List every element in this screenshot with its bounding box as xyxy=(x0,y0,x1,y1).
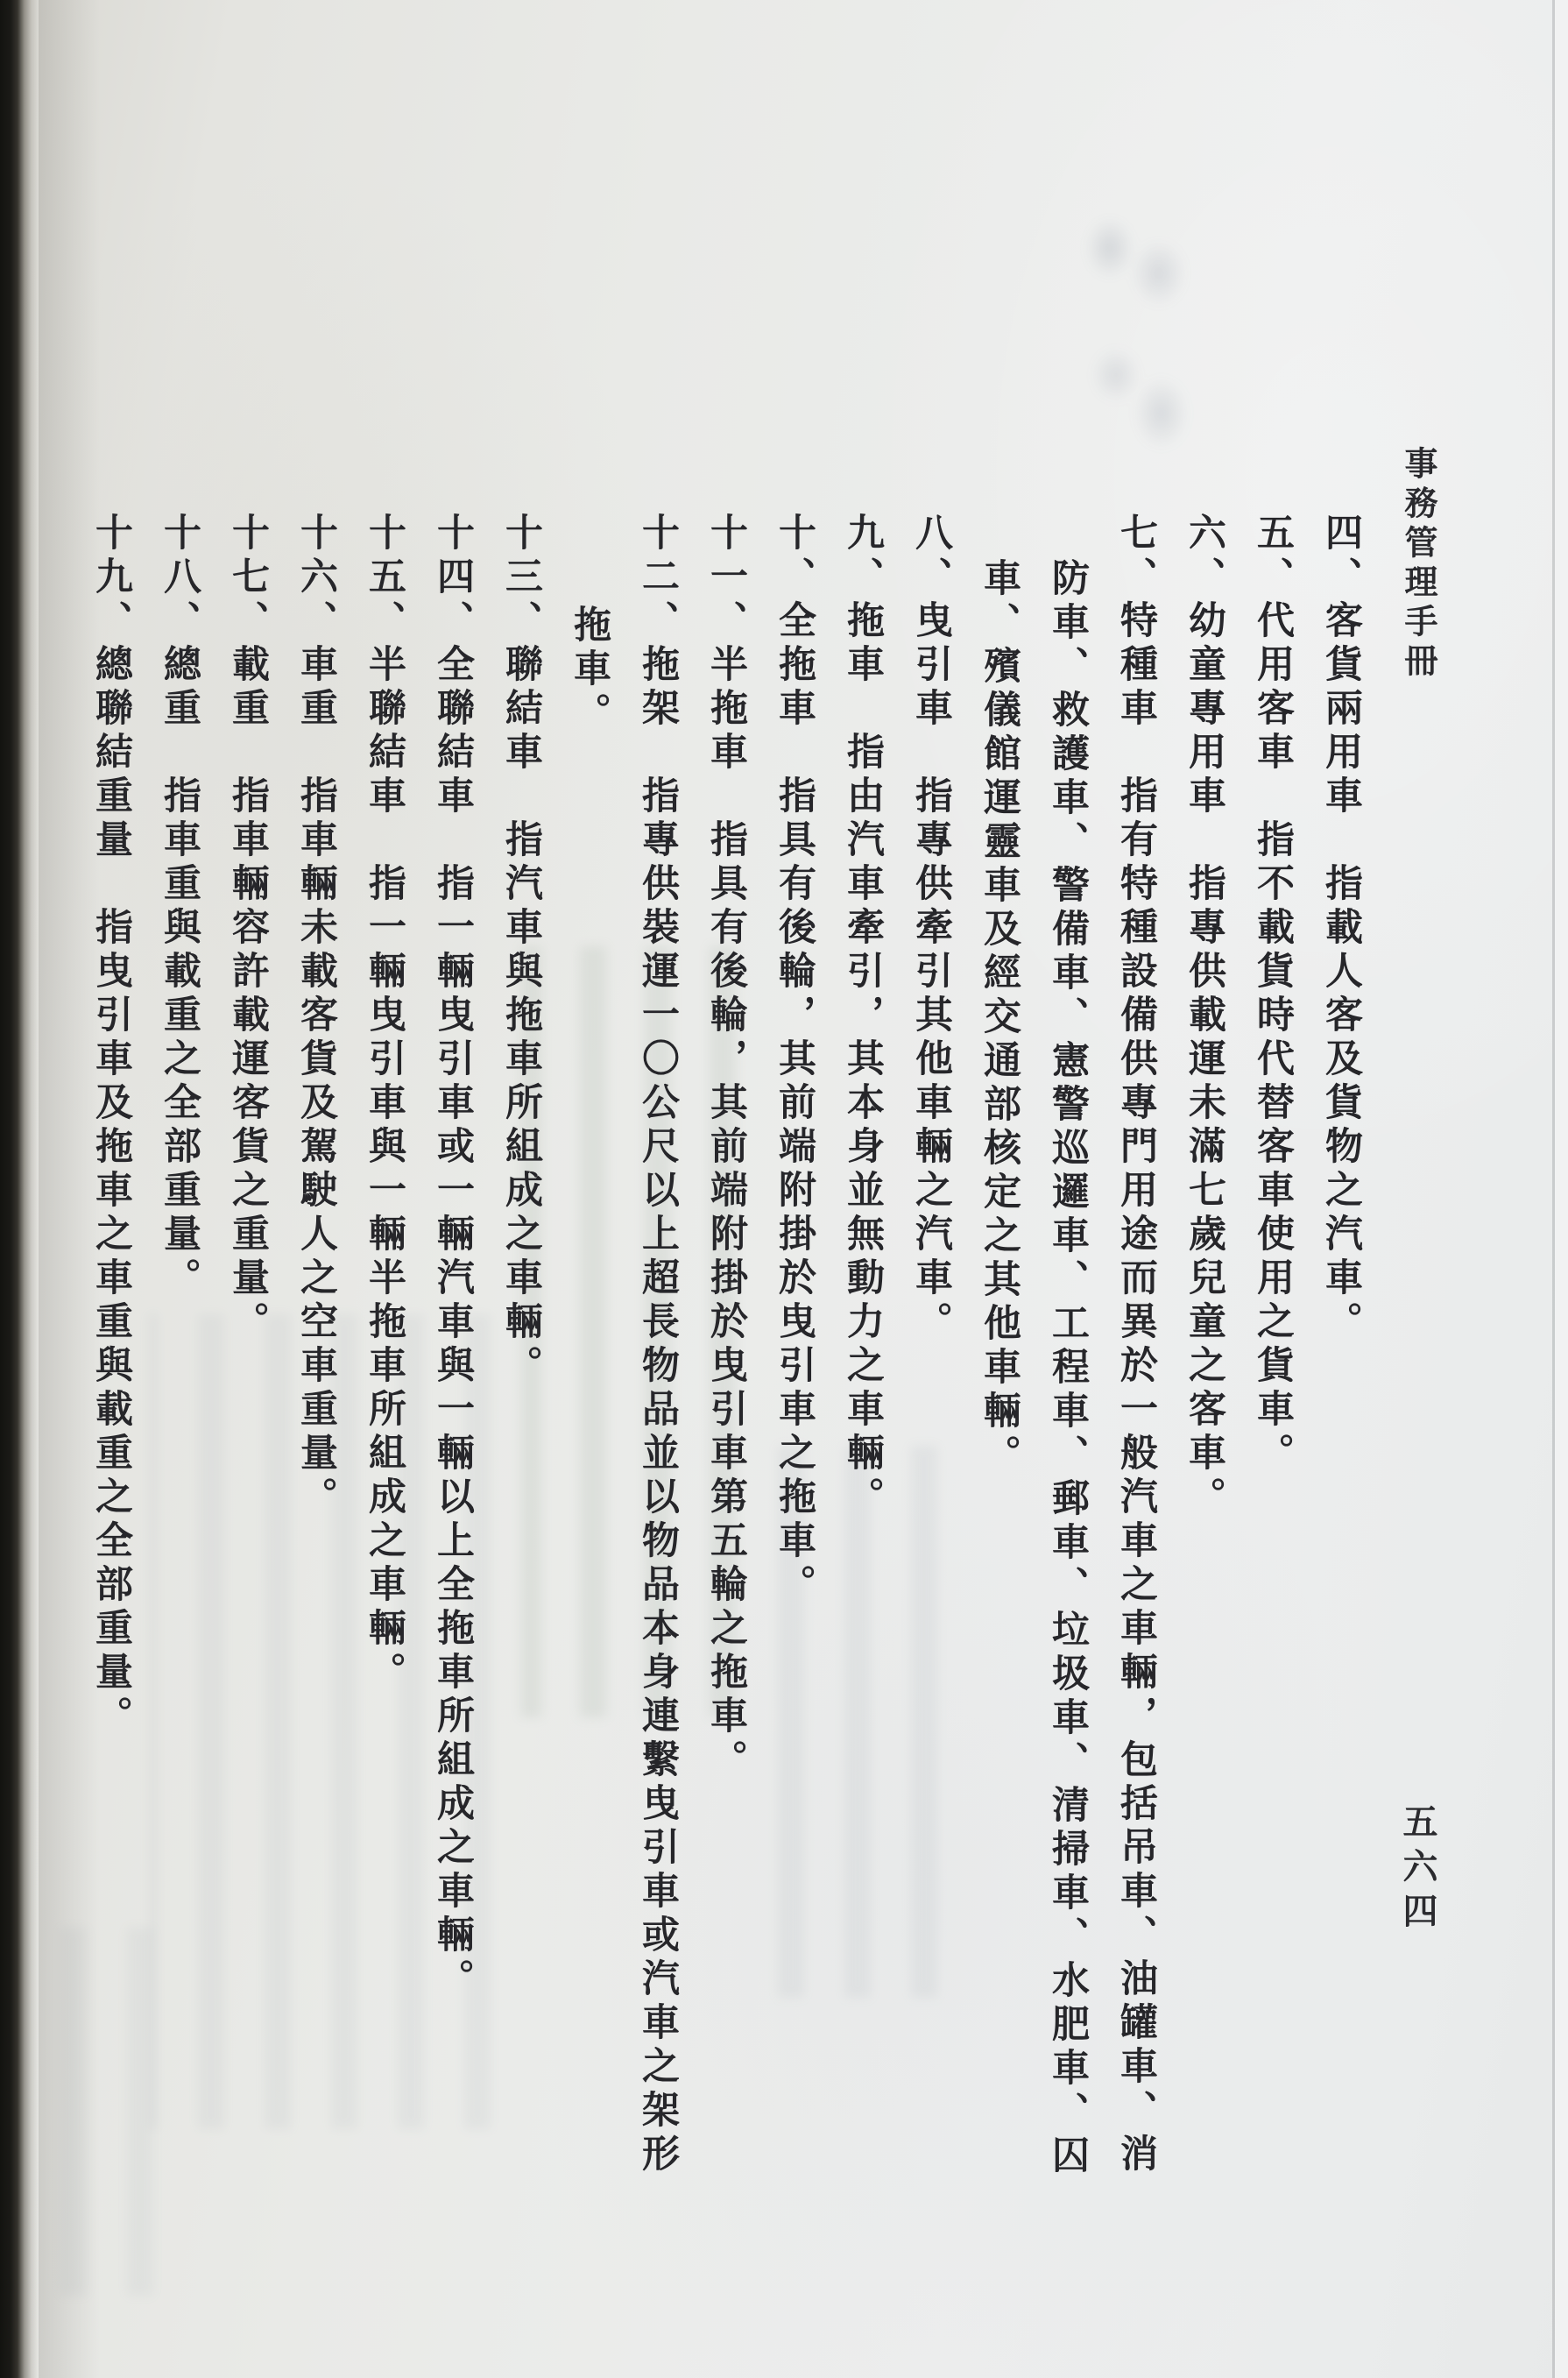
text-column-10: 十、全拖車 指具有後輪，其前端附掛於曳引車之拖車。 xyxy=(771,513,816,1608)
text-column-12-cont: 拖車。 xyxy=(566,605,611,736)
page-background: 事務管理手冊 五六四 四、客貨兩用車 指載人客及貨物之汽車。 五、代用客車 指不… xyxy=(0,0,1568,2378)
book-gutter-soft-shadow xyxy=(39,0,100,2378)
text-column-09: 九、拖車 指由汽車牽引，其本身並無動力之車輛。 xyxy=(839,513,885,1520)
book-gutter-shadow xyxy=(0,0,39,2378)
text-column-14: 十四、全聯結車 指一輛曳引車或一輛汽車與一輛以上全拖車所組成之車輛。 xyxy=(429,513,475,2002)
text-column-05: 五、代用客車 指不載貨時代替客車使用之貨車。 xyxy=(1249,513,1295,1476)
text-column-07: 七、特種車 指有特種設備供專門用途而異於一般汽車之車輛，包括吊車、油罐車、消 xyxy=(1112,513,1158,2177)
text-column-12: 十二、拖架 指專供裝運一〇公尺以上超長物品並以物品本身連繫曳引車或汽車之架形 xyxy=(634,513,680,2177)
bleed-through-ghost xyxy=(1073,197,1196,451)
text-column-18: 十八、總重 指車重與載重之全部重量。 xyxy=(156,513,201,1301)
text-column-11: 十一、半拖車 指具有後輪，其前端附掛於曳引車第五輪之拖車。 xyxy=(703,513,748,1783)
text-column-04: 四、客貨兩用車 指載人客及貨物之汽車。 xyxy=(1317,513,1363,1345)
text-column-15: 十五、半聯結車 指一輛曳引車與一輛半拖車所組成之車輛。 xyxy=(361,513,406,1695)
text-column-07-cont: 車、殯儀館運靈車及經交通部核定之其他車輛。 xyxy=(976,558,1021,1478)
text-column-07-cont: 防車、救護車、警備車、憲警巡邏車、工程車、郵車、垃圾車、清掃車、水肥車、囚 xyxy=(1044,558,1090,2179)
text-column-16: 十六、車重 指車輛未載客貨及駕駛人之空車重量。 xyxy=(293,513,338,1520)
text-column-17: 十七、載重 指車輛容許載運客貨之重量。 xyxy=(224,513,270,1345)
scanned-book-page: { "page": { "header_title": "事務管理手冊", "p… xyxy=(0,0,1568,2378)
text-column-06: 六、幼童專用車 指專供載運未滿七歲兒童之客車。 xyxy=(1181,513,1226,1520)
text-column-08: 八、曳引車 指專供牽引其他車輛之汽車。 xyxy=(908,513,953,1345)
text-column-13: 十三、聯結車 指汽車與拖車所組成之車輛。 xyxy=(498,513,543,1389)
running-head-title: 事務管理手冊 xyxy=(1398,446,1437,683)
page-edge-margin xyxy=(1555,0,1568,2378)
page-number: 五六四 xyxy=(1396,1803,1438,1937)
